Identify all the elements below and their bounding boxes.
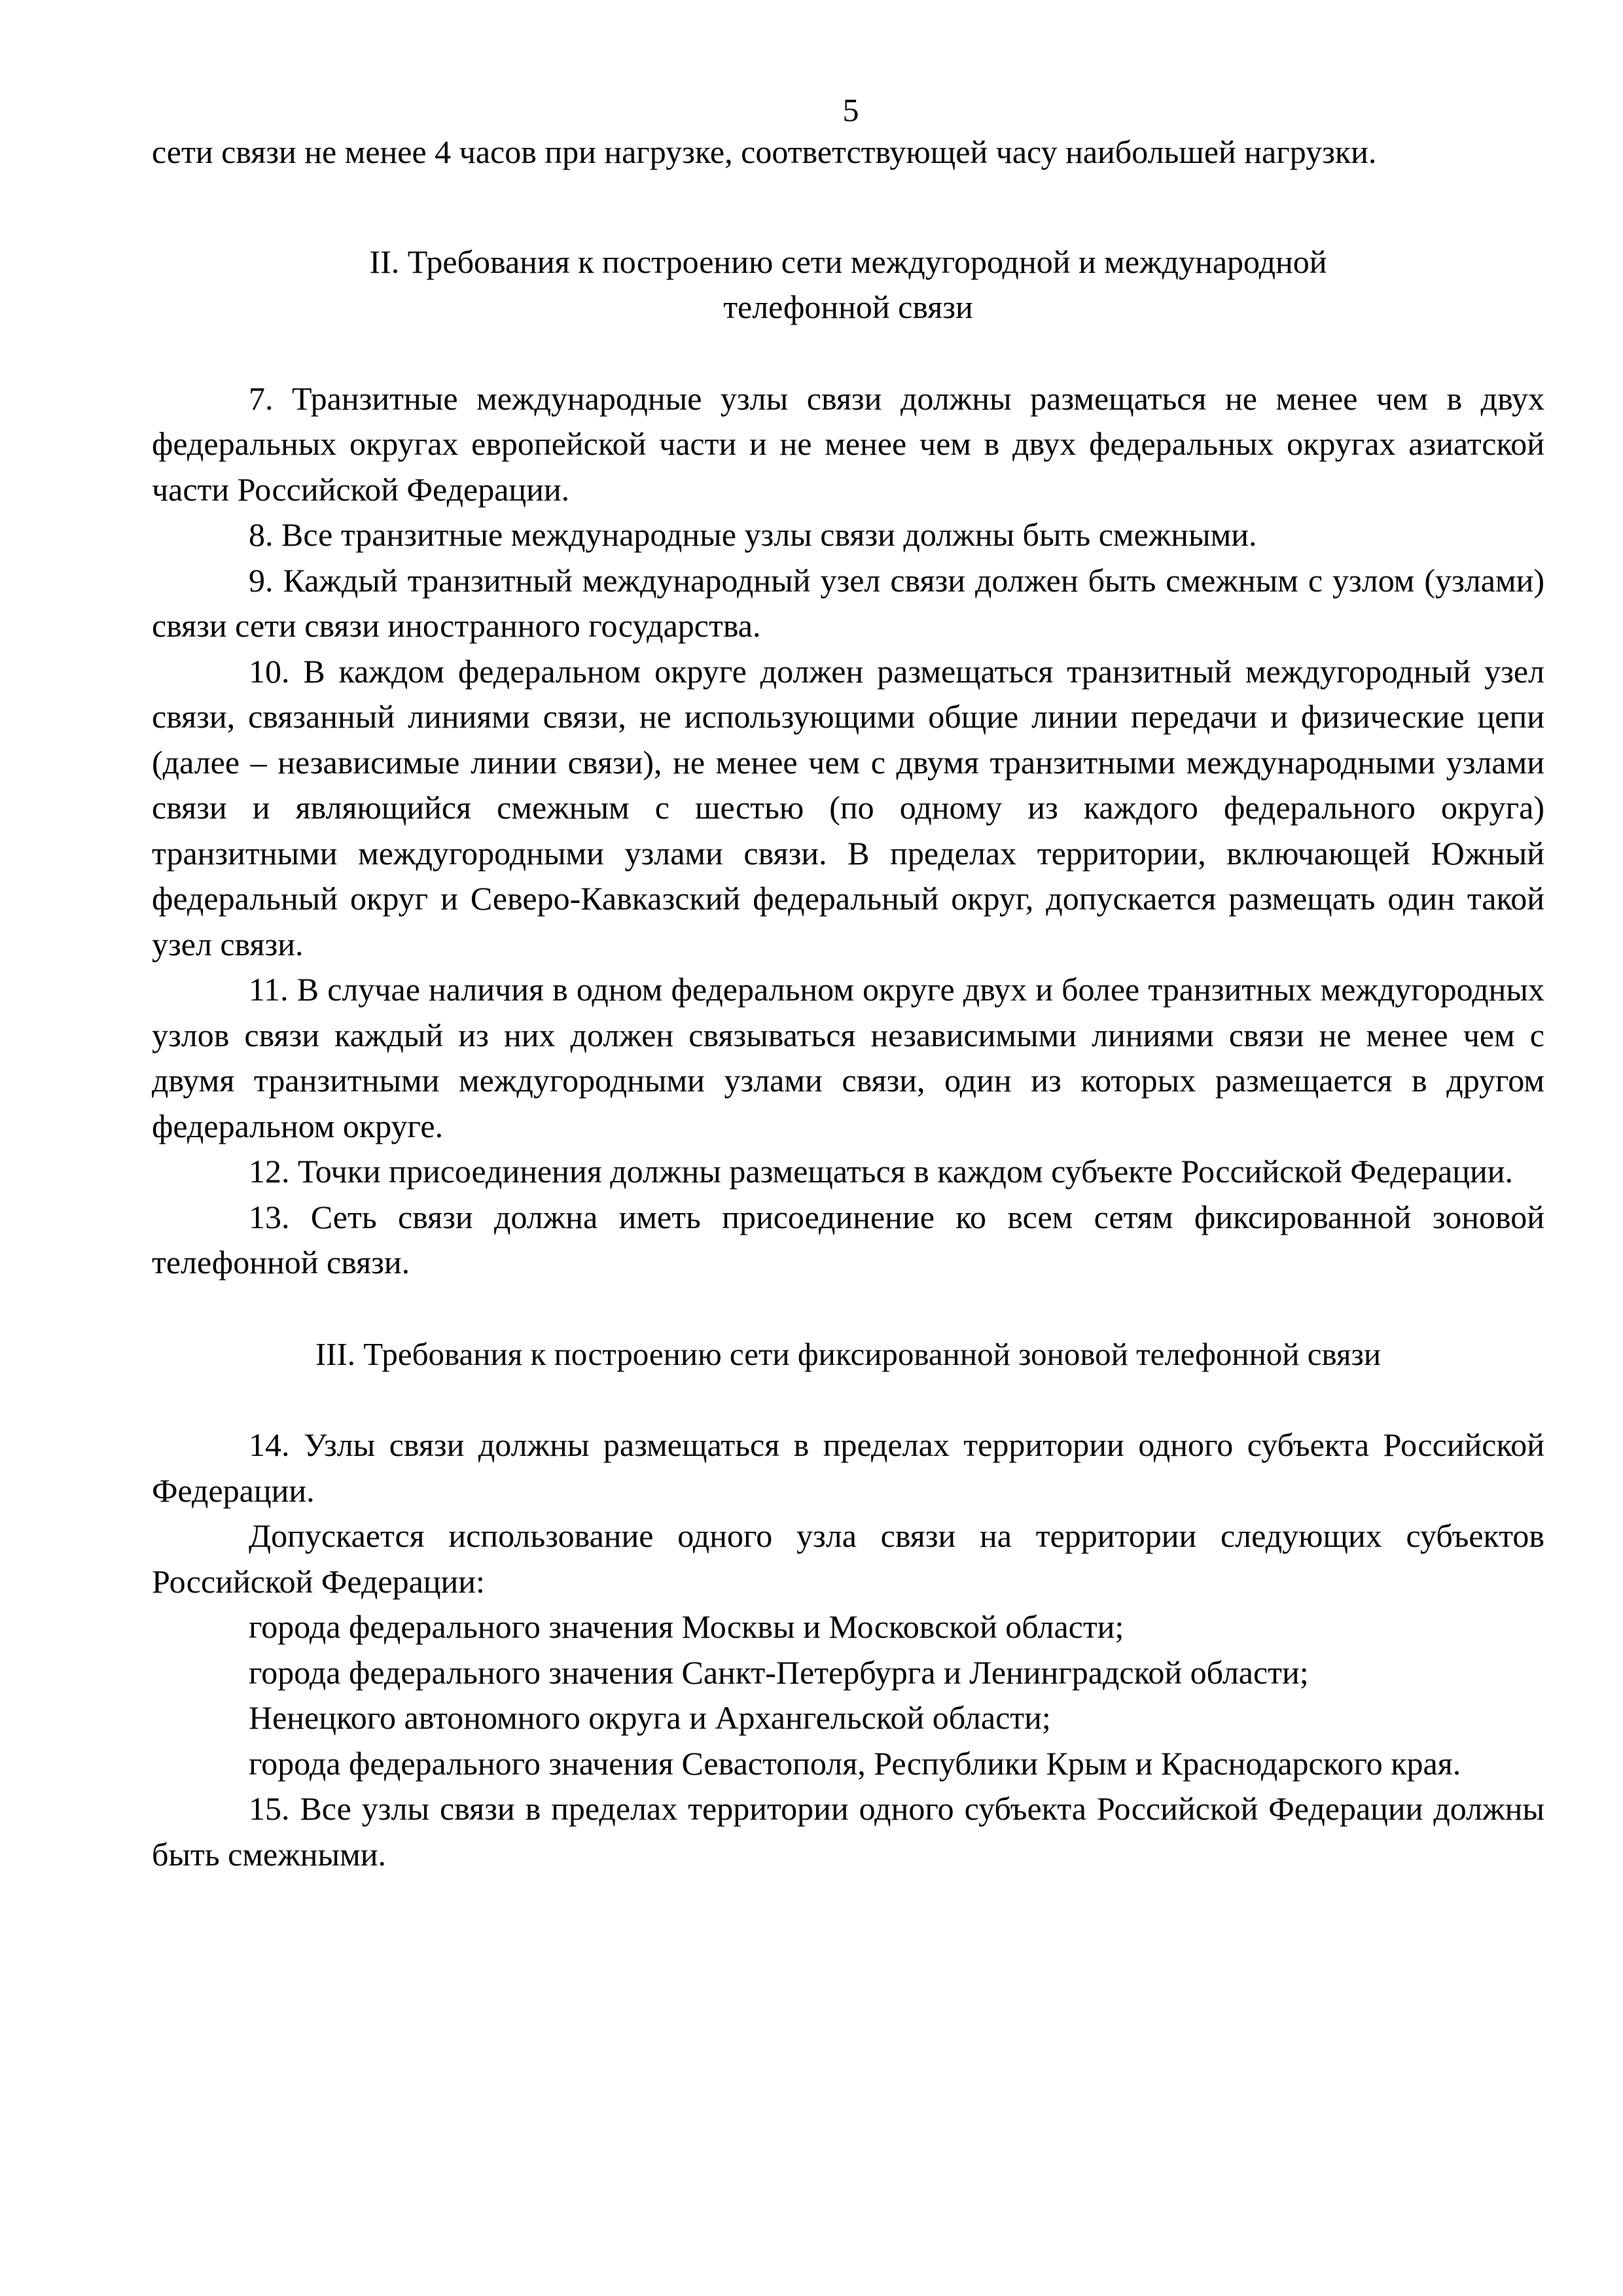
document-page: 5 сети связи не менее 4 часов при нагруз… [152, 90, 1544, 1877]
paragraph-13: 13. Сеть связи должна иметь присоединени… [152, 1195, 1544, 1286]
paragraph-10: 10. В каждом федеральном округе должен р… [152, 649, 1544, 968]
paragraph-11: 11. В случае наличия в одном федеральном… [152, 967, 1544, 1149]
intro-paragraph: сети связи не менее 4 часов при нагрузке… [152, 130, 1544, 175]
list-item-moscow: города федерального значения Москвы и Мо… [152, 1604, 1544, 1650]
page-number: 5 [152, 90, 1544, 130]
section-heading-3: III. Требования к построению сети фиксир… [152, 1332, 1544, 1377]
section-heading-2-line-1: II. Требования к построению сети междуго… [152, 239, 1544, 285]
paragraph-9: 9. Каждый транзитный международный узел … [152, 558, 1544, 649]
paragraph-8: 8. Все транзитные международные узлы свя… [152, 512, 1544, 558]
section-heading-2: II. Требования к построению сети междуго… [152, 239, 1544, 330]
section-heading-2-line-2: телефонной связи [152, 285, 1544, 330]
paragraph-14-allowance: Допускается использование одного узла св… [152, 1513, 1544, 1604]
list-item-sevastopol: города федерального значения Севастополя… [152, 1741, 1544, 1787]
list-item-saint-petersburg: города федерального значения Санкт-Петер… [152, 1650, 1544, 1696]
paragraph-14: 14. Узлы связи должны размещаться в пред… [152, 1422, 1544, 1513]
list-item-nenets: Ненецкого автономного округа и Архангель… [152, 1695, 1544, 1741]
paragraph-12: 12. Точки присоединения должны размещать… [152, 1149, 1544, 1195]
paragraph-15: 15. Все узлы связи в пределах территории… [152, 1786, 1544, 1877]
paragraph-7: 7. Транзитные международные узлы связи д… [152, 376, 1544, 513]
